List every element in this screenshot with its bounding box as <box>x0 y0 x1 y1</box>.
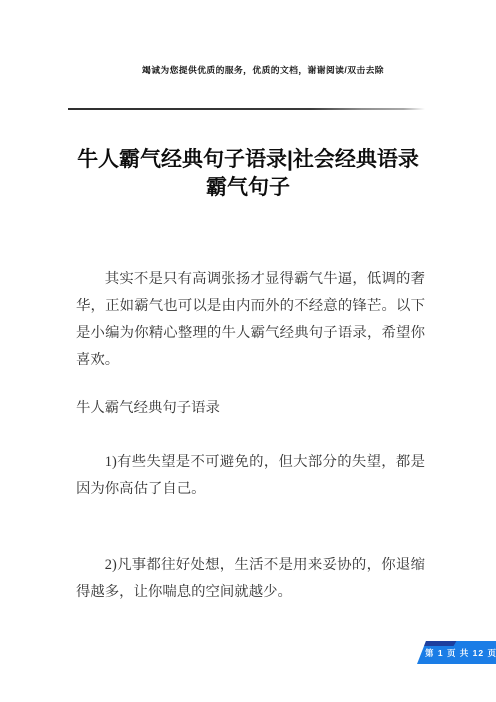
section-heading: 牛人霸气经典句子语录 <box>76 395 425 422</box>
header-note: 竭诚为您提供优质的服务，优质的文档，谢谢阅读/双击去除 <box>30 63 496 76</box>
page-number-ribbon: 第 1 页 共 12 页 <box>417 641 496 664</box>
page-title-line-1: 牛人霸气经典句子语录|社会经典语录 <box>77 148 419 171</box>
quote-paragraph: 2)凡事都往好处想，生活不是用来妥协的，你退缩得越多，让你喘息的空间就越少。 <box>76 552 425 606</box>
quote-paragraph: 1)有些失望是不可避免的，但大部分的失望，都是因为你高估了自己。 <box>76 449 425 503</box>
document-page: 竭诚为您提供优质的服务，优质的文档，谢谢阅读/双击去除 牛人霸气经典句子语录|社… <box>0 0 496 702</box>
header-divider <box>68 108 425 110</box>
page-title: 牛人霸气经典句子语录|社会经典语录 霸气句子 <box>36 146 460 202</box>
page-title-line-2: 霸气句子 <box>206 176 290 199</box>
intro-paragraph: 其实不是只有高调张扬才显得霸气牛逼，低调的奢华，正如霸气也可以是由内而外的不经意… <box>76 266 425 374</box>
page-number-label: 第 1 页 共 12 页 <box>426 641 496 664</box>
